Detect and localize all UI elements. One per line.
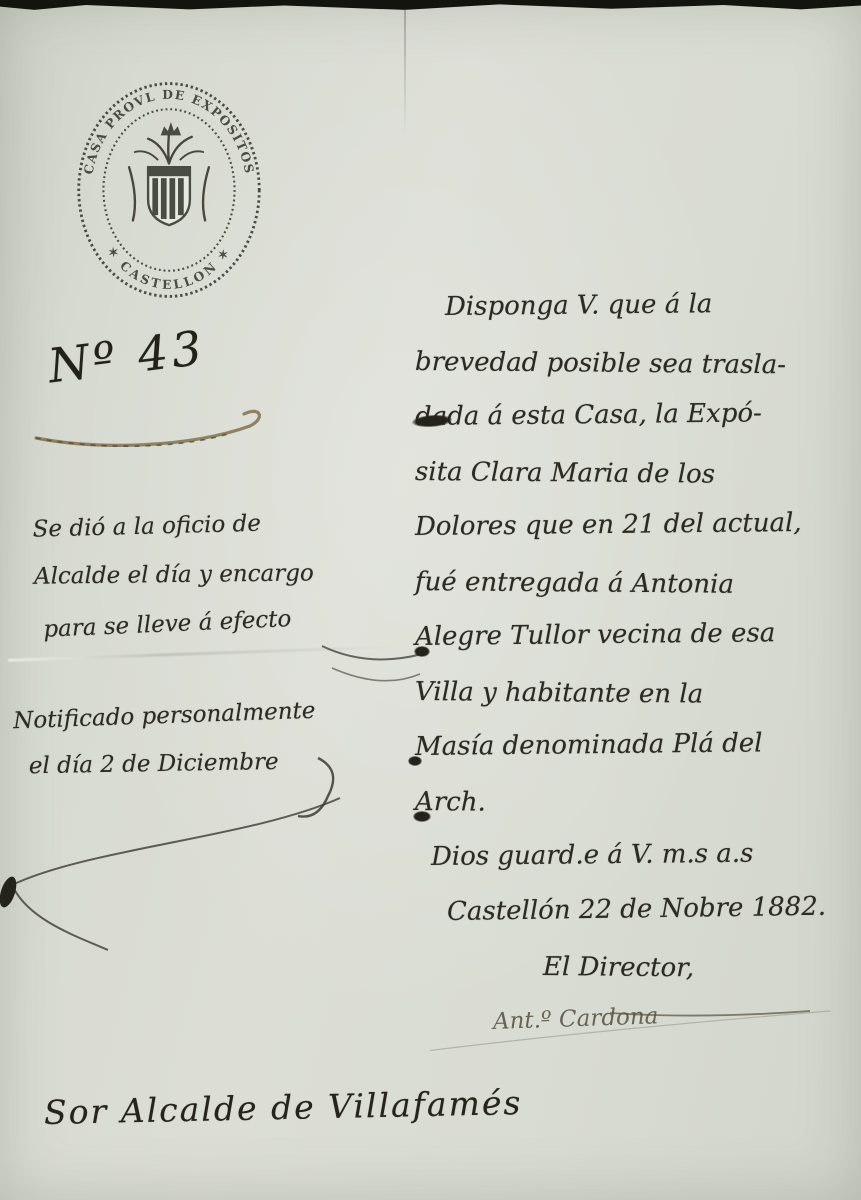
- ink-blot: [414, 646, 430, 657]
- letter-body: Disponga V. que á la brevedad posible se…: [415, 280, 861, 1050]
- margin-note-line: Alcalde el día y encargo: [34, 549, 314, 601]
- signature-flourish: [430, 995, 850, 1065]
- body-line: dada á esta Casa, la Expó-: [415, 385, 861, 445]
- margin-note-dispatch: Se dió a la oficio de Alcalde el día y e…: [32, 498, 316, 652]
- body-line: Alegre Tullor vecina de esa: [415, 605, 861, 665]
- institution-seal: CASA PROVL DE EXPOSITOS ✶ CASTELLON ✶: [73, 76, 265, 304]
- body-line: Arch.: [415, 775, 861, 834]
- coat-of-arms: [129, 124, 209, 226]
- document-number: Nº 43: [45, 321, 209, 395]
- margin-note-line: Se dió a la oficio de: [32, 498, 313, 554]
- closing-salutation: Dios guard.e á V. m.s a.s: [431, 825, 861, 884]
- body-line: Masía denominada Plá del: [415, 715, 861, 775]
- margin-note-line: para se lleve á efecto: [42, 594, 316, 655]
- seal-bottom-text: ✶ CASTELLON ✶: [104, 244, 233, 292]
- body-line: Dolores que en 21 del actual,: [415, 495, 861, 555]
- scanned-letter-page: CASA PROVL DE EXPOSITOS ✶ CASTELLON ✶ Nº: [0, 0, 861, 1200]
- ink-blot: [413, 811, 431, 822]
- margin-note-line: Notificado personalmente: [12, 687, 316, 746]
- paper-crease-vertical: [404, 10, 406, 135]
- addressee-line: Sor Alcalde de Villafamés: [44, 1083, 523, 1132]
- pen-flourish-sweep: [0, 740, 430, 960]
- scan-edge-artifact: [0, 0, 861, 11]
- ink-blot: [408, 756, 422, 766]
- closing-dateline: Castellón 22 de Nobre 1882.: [447, 879, 861, 940]
- body-line: Disponga V. que á la: [445, 276, 861, 335]
- number-flourish: [28, 398, 278, 458]
